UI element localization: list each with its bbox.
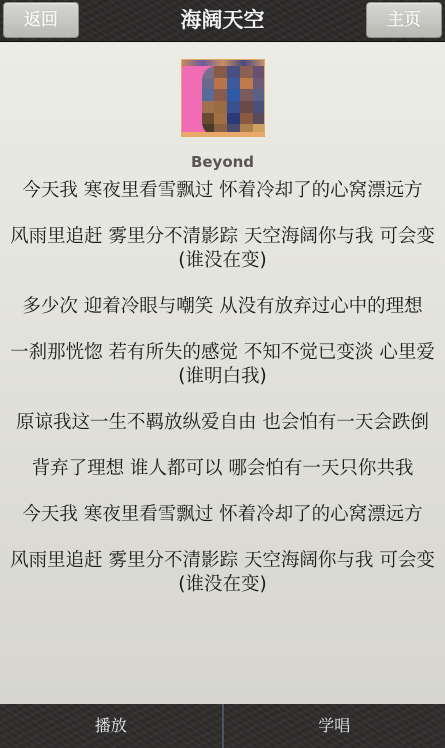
album-cover-container: [0, 43, 445, 141]
lyric-line: 一刹那恍惚 若有所失的感觉 不知不觉已变淡 心里爱 (谁明白我): [10, 341, 435, 389]
top-navigation-bar: 海阔天空 返回 主页: [0, 0, 445, 42]
lyrics-screen: 海阔天空 返回 主页 Beyond 今天我 寒夜里看雪飘过 怀着冷却了的心窝漂远…: [0, 0, 445, 748]
tab-play[interactable]: 播放: [0, 704, 222, 748]
lyric-line: 风雨里追赶 雾里分不清影踪 天空海阔你与我 可会变 (谁没在变): [10, 225, 435, 273]
cover-pixelated-photo: [202, 66, 265, 136]
lyric-line: 背弃了理想 谁人都可以 哪会怕有一天只你共我: [10, 457, 435, 481]
lyric-line: 今天我 寒夜里看雪飘过 怀着冷却了的心窝漂远方: [10, 503, 435, 527]
lyrics-scroll-area[interactable]: Beyond 今天我 寒夜里看雪飘过 怀着冷却了的心窝漂远方 风雨里追赶 雾里分…: [0, 43, 445, 704]
home-button[interactable]: 主页: [366, 2, 442, 38]
lyric-line: 今天我 寒夜里看雪飘过 怀着冷却了的心窝漂远方: [10, 179, 435, 203]
lyric-line: 风雨里追赶 雾里分不清影踪 天空海阔你与我 可会变 (谁没在变): [10, 549, 435, 597]
album-cover-image: [181, 59, 265, 137]
bottom-tab-bar: 播放 学唱: [0, 704, 445, 748]
artist-name: Beyond: [0, 153, 445, 171]
lyrics-list: 今天我 寒夜里看雪飘过 怀着冷却了的心窝漂远方 风雨里追赶 雾里分不清影踪 天空…: [0, 171, 445, 597]
lyric-line: 原谅我这一生不羁放纵爱自由 也会怕有一天会跌倒: [10, 411, 435, 435]
tab-learn-to-sing[interactable]: 学唱: [224, 704, 445, 748]
lyric-line: 多少次 迎着冷眼与嘲笑 从没有放弃过心中的理想: [10, 295, 435, 319]
back-button[interactable]: 返回: [3, 2, 79, 38]
cover-footer-decoration: [182, 132, 264, 136]
